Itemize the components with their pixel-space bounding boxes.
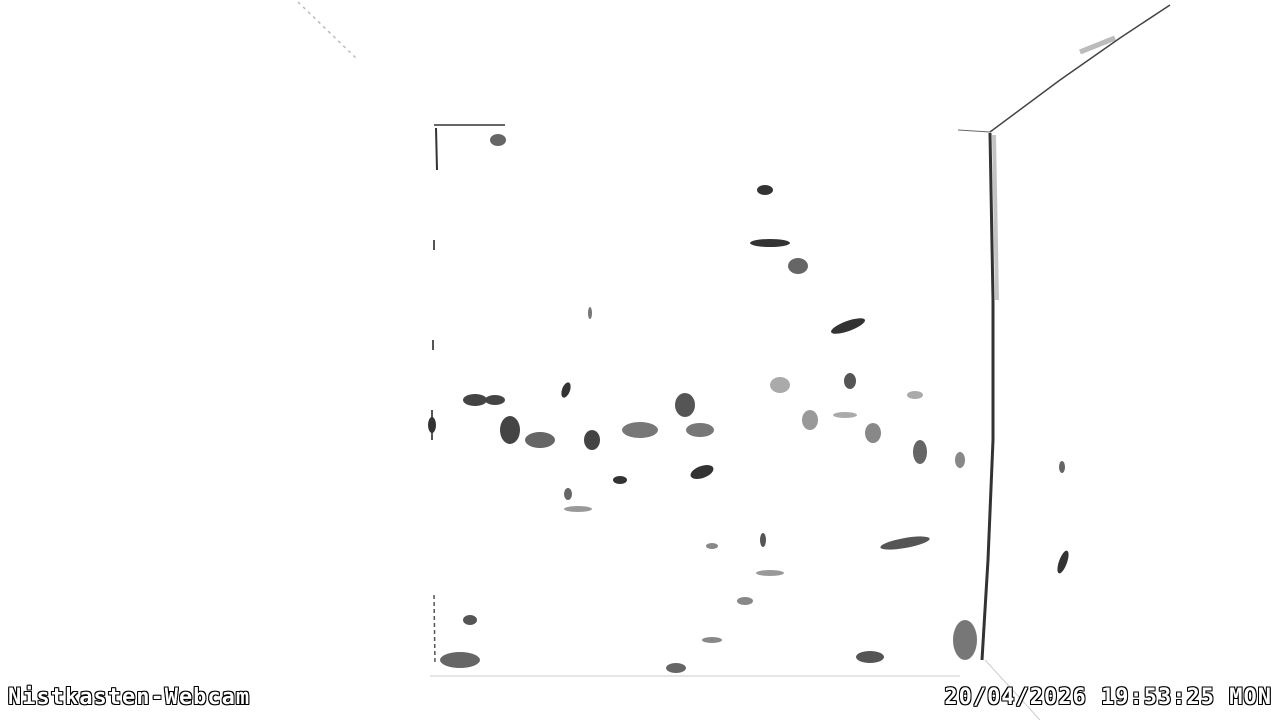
weekday-label: MON (1229, 685, 1272, 710)
timestamp-overlay: 20/04/2026 19:53:25 MON (944, 685, 1272, 710)
webcam-feed (0, 0, 1280, 720)
time-label: 19:53:25 (1101, 685, 1215, 710)
nest-box-image (0, 0, 1280, 720)
camera-name-label: Nistkasten-Webcam (8, 685, 250, 710)
date-label: 20/04/2026 (944, 685, 1086, 710)
